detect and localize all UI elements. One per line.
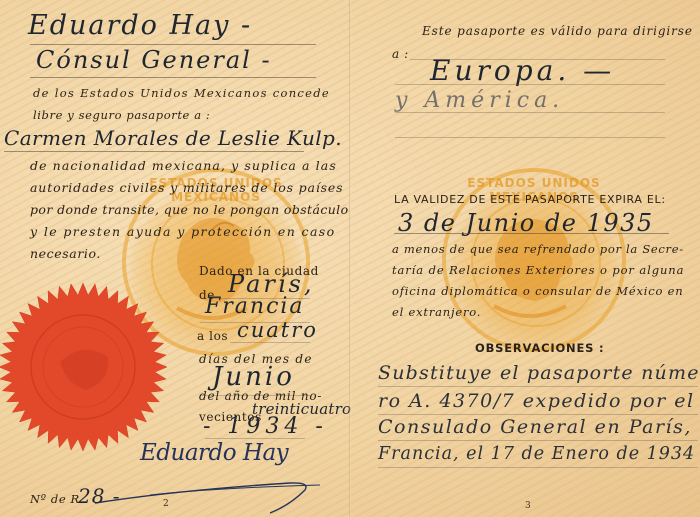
passport-holder-name: Carmen Morales de Leslie Kulp.	[4, 126, 342, 150]
observation-rule-4	[378, 467, 698, 468]
issued-year-number: - 1934 -	[203, 414, 328, 439]
observation-rule-3	[378, 440, 698, 441]
observation-rule-1	[378, 386, 698, 387]
consul-name-underline	[30, 44, 316, 45]
expiry-body-line-4: el extranjero.	[392, 305, 481, 319]
consul-title-underline	[30, 77, 316, 78]
body-line-2: autoridades civiles y militares de los p…	[30, 180, 343, 195]
record-label: Nº de R.	[30, 492, 84, 506]
record-number: 28 -	[78, 484, 121, 508]
destination-1: Europa. —	[430, 54, 615, 87]
intro-line-1: de los Estados Unidos Mexicanos concede	[33, 86, 330, 100]
day-label: a los	[197, 329, 228, 343]
observation-rule-2	[378, 414, 698, 415]
page-number-right: 3	[525, 501, 531, 511]
observation-line-4: Francia, el 17 de Enero de 1934	[378, 444, 695, 464]
consul-title: Cónsul General -	[36, 46, 272, 74]
consul-name: Eduardo Hay -	[28, 10, 252, 41]
destination-line-2	[395, 112, 665, 113]
expiry-body-line-1: a menos de que sea refrendado por la Sec…	[392, 242, 684, 256]
destination-label: a :	[392, 47, 409, 61]
intro-line-2: libre y seguro pasaporte a :	[33, 108, 210, 122]
passport-spread: ESTADOS UNIDOS MEXICANOS Eduardo Hay - C…	[0, 0, 700, 517]
right-page: ESTADOS UNIDOS MEXICANOS Este pasaporte …	[350, 0, 700, 517]
signature-flourish	[90, 455, 330, 515]
page-number-left: 2	[163, 499, 169, 509]
expiry-underline	[394, 233, 669, 234]
destination-line-3	[395, 137, 665, 138]
observations-label: OBSERVACIONES :	[475, 341, 604, 355]
observation-line-1: Substituye el pasaporte núme-	[378, 362, 700, 384]
body-line-5: necesario.	[30, 246, 101, 261]
observation-line-3: Consulado General en París,	[378, 416, 692, 438]
red-consular-seal	[0, 282, 168, 452]
body-line-1: de nacionalidad mexicana, y suplica a la…	[30, 158, 337, 173]
left-page: ESTADOS UNIDOS MEXICANOS Eduardo Hay - C…	[0, 0, 350, 517]
issued-country: Francia	[205, 294, 305, 319]
destination-line-1	[395, 84, 665, 85]
expiry-label: LA VALIDEZ DE ESTE PASAPORTE EXPIRA EL:	[394, 193, 666, 206]
issued-month: Junio	[212, 362, 295, 392]
body-line-4: y le presten ayuda y protección en caso	[30, 224, 336, 239]
observation-line-2: ro A. 4370/7 expedido por el	[378, 390, 695, 412]
expiry-body-line-3: oficina diplomática o consular de México…	[392, 284, 683, 298]
destination-2: y América.	[395, 88, 564, 113]
year-underline	[205, 438, 305, 439]
body-line-3: por donde transite, que no le pongan obs…	[30, 202, 349, 217]
expiry-body-line-2: taría de Relaciones Exteriores o por alg…	[392, 263, 684, 277]
day-underline	[230, 342, 310, 343]
validity-line: Este pasaporte es válido para dirigirse	[422, 24, 693, 38]
holder-name-underline	[4, 151, 304, 152]
issued-day: cuatro	[237, 318, 318, 342]
